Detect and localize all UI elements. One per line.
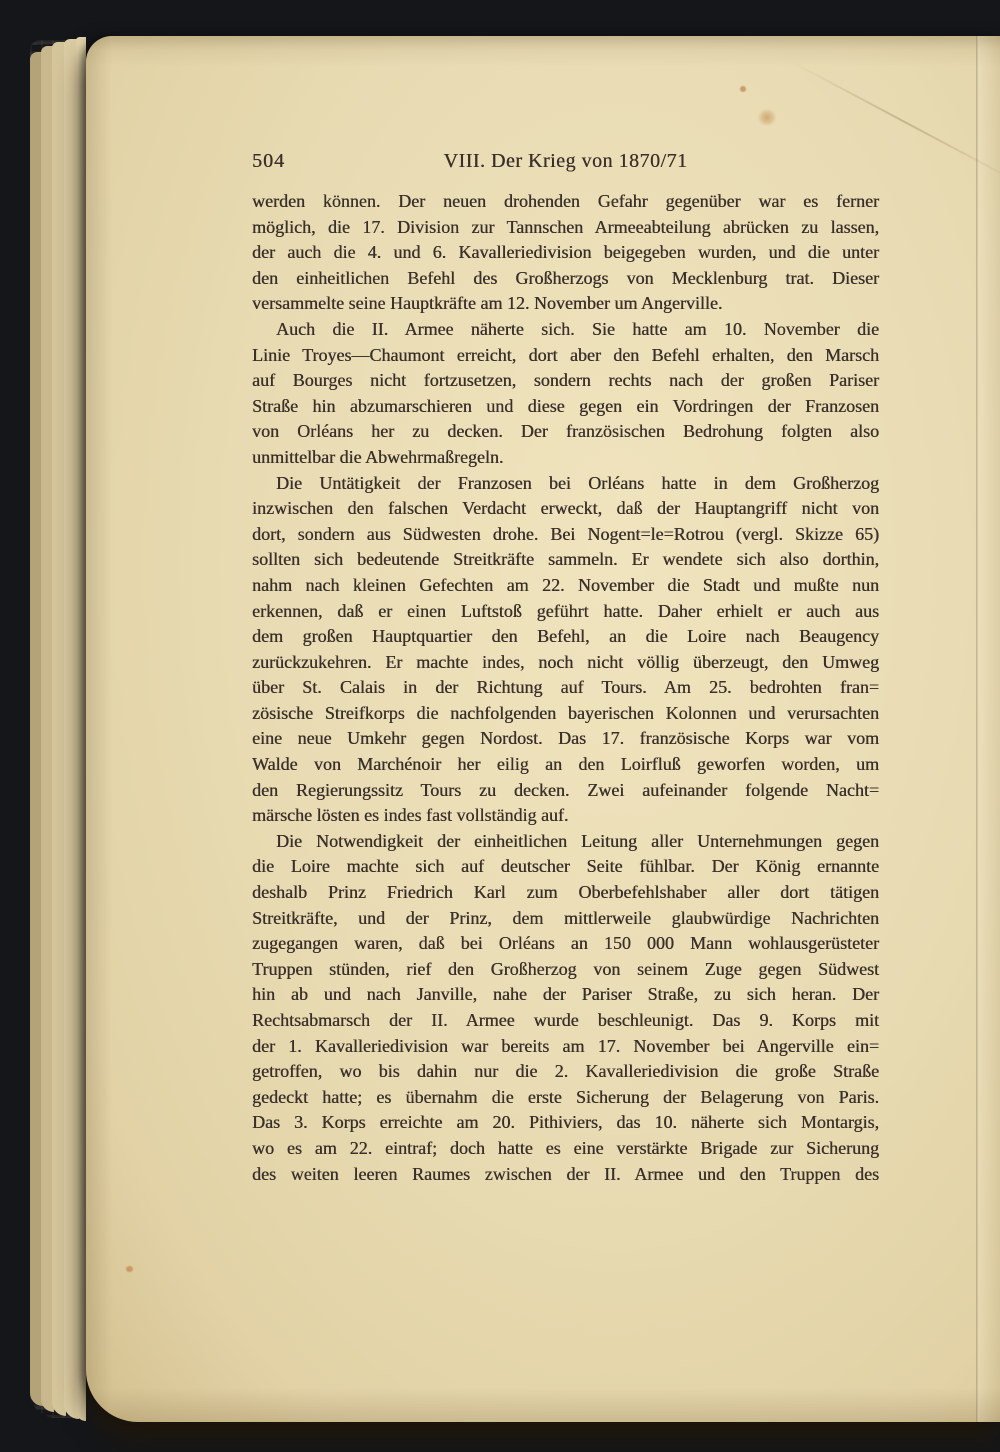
text-line: Walde von Marchénoir her eilig an den Lo… bbox=[252, 752, 879, 778]
body-text: werden können. Der neuen drohenden Gefah… bbox=[252, 189, 879, 1187]
text-line: werden können. Der neuen drohenden Gefah… bbox=[252, 189, 879, 215]
text-line: inzwischen den falschen Verdacht erweckt… bbox=[252, 496, 879, 522]
text-line: nahm nach kleinen Gefechten am 22. Novem… bbox=[252, 573, 879, 599]
text-line: hin ab und nach Janville, nahe der Paris… bbox=[252, 982, 879, 1008]
foxing-spot bbox=[758, 110, 776, 125]
page-number: 504 bbox=[252, 150, 285, 173]
chapter-title: VIII. Der Krieg von 1870/71 bbox=[252, 150, 879, 173]
foxing-spot bbox=[126, 1266, 133, 1272]
book-scan: 504 VIII. Der Krieg von 1870/71 werden k… bbox=[0, 0, 1000, 1452]
gutter-highlight bbox=[979, 36, 1000, 1422]
text-line: der 1. Kavalleriedivision war bereits am… bbox=[252, 1034, 879, 1060]
foxing-spot bbox=[740, 86, 746, 92]
text-line: Straße hin abzumarschieren und diese geg… bbox=[252, 394, 879, 420]
text-line: der auch die 4. und 6. Kavalleriedivisio… bbox=[252, 240, 879, 266]
paragraph: Die Notwendigkeit der einheitlichen Leit… bbox=[252, 829, 879, 1187]
text-line: gedeckt hatte; es übernahm die erste Sic… bbox=[252, 1085, 879, 1111]
text-line: auf Bourges nicht fortzusetzen, sondern … bbox=[252, 368, 879, 394]
text-line: zurückzukehren. Er machte indes, noch ni… bbox=[252, 650, 879, 676]
text-line: sollten sich bedeutende Streitkräfte sam… bbox=[252, 547, 879, 573]
text-line: Die Untätigkeit der Franzosen bei Orléan… bbox=[252, 471, 879, 497]
text-line: Rechtsabmarsch der II. Armee wurde besch… bbox=[252, 1008, 879, 1034]
text-line: Das 3. Korps erreichte am 20. Pithiviers… bbox=[252, 1110, 879, 1136]
text-line: Linie Troyes—Chaumont erreicht, dort abe… bbox=[252, 343, 879, 369]
text-line: zugegangen waren, daß bei Orléans an 150… bbox=[252, 931, 879, 957]
text-line: dem großen Hauptquartier den Befehl, an … bbox=[252, 624, 879, 650]
paragraph: Die Untätigkeit der Franzosen bei Orléan… bbox=[252, 471, 879, 829]
text-line: märsche lösten es indes fast vollständig… bbox=[252, 803, 879, 829]
running-header: 504 VIII. Der Krieg von 1870/71 bbox=[252, 150, 879, 176]
text-line: getroffen, wo bis dahin nur die 2. Kaval… bbox=[252, 1059, 879, 1085]
text-line: möglich, die 17. Division zur Tannschen … bbox=[252, 215, 879, 241]
text-line: den einheitlichen Befehl des Großherzogs… bbox=[252, 266, 879, 292]
page-text: 504 VIII. Der Krieg von 1870/71 werden k… bbox=[252, 150, 879, 1187]
paragraph: Auch die II. Armee näherte sich. Sie hat… bbox=[252, 317, 879, 471]
text-line: erkennen, daß er einen Luftstoß geführt … bbox=[252, 599, 879, 625]
text-line: des weiten leeren Raumes zwischen der II… bbox=[252, 1162, 879, 1188]
text-line: eine neue Umkehr gegen Nordost. Das 17. … bbox=[252, 726, 879, 752]
text-line: Auch die II. Armee näherte sich. Sie hat… bbox=[252, 317, 879, 343]
text-line: die Loire machte sich auf deutscher Seit… bbox=[252, 854, 879, 880]
text-line: über St. Calais in der Richtung auf Tour… bbox=[252, 675, 879, 701]
paragraph: werden können. Der neuen drohenden Gefah… bbox=[252, 189, 879, 317]
text-line: Truppen stünden, rief den Großherzog von… bbox=[252, 957, 879, 983]
page-edge-leaf bbox=[76, 37, 86, 1421]
text-line: deshalb Prinz Friedrich Karl zum Oberbef… bbox=[252, 880, 879, 906]
text-line: zösische Streifkorps die nachfolgenden b… bbox=[252, 701, 879, 727]
text-line: dort, sondern aus Südwesten drohe. Bei N… bbox=[252, 522, 879, 548]
gutter-crease bbox=[976, 36, 979, 1422]
text-line: Die Notwendigkeit der einheitlichen Leit… bbox=[252, 829, 879, 855]
text-line: versammelte seine Hauptkräfte am 12. Nov… bbox=[252, 291, 879, 317]
text-line: Streitkräfte, und der Prinz, dem mittler… bbox=[252, 906, 879, 932]
text-line: unmittelbar die Abwehrmaßregeln. bbox=[252, 445, 879, 471]
text-line: wo es am 22. eintraf; doch hatte es eine… bbox=[252, 1136, 879, 1162]
text-line: den Regierungssitz Tours zu decken. Zwei… bbox=[252, 778, 879, 804]
text-line: von Orléans her zu decken. Der französis… bbox=[252, 419, 879, 445]
